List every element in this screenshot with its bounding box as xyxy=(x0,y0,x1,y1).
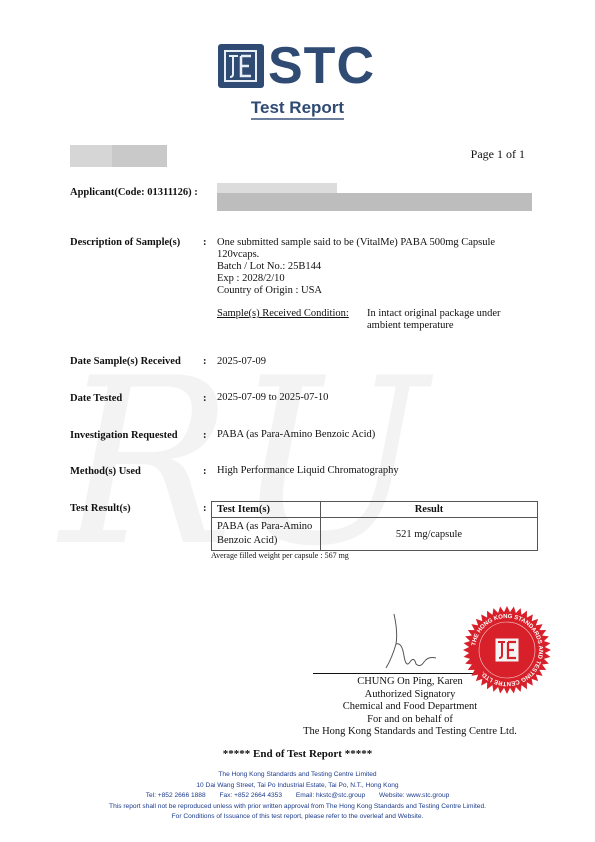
signatory-company: The Hong Kong Standards and Testing Cent… xyxy=(290,726,530,739)
colon: : xyxy=(203,393,207,404)
table-header-row: Test Item(s) Result xyxy=(212,502,538,518)
footer-conditions: For Conditions of Issuance of this test … xyxy=(0,812,595,823)
method-label: Method(s) Used xyxy=(70,466,141,477)
signatory-behalf: For and on behalf of xyxy=(290,714,530,727)
investigation-value: PABA (as Para-Amino Benzoic Acid) xyxy=(217,429,375,441)
footer-contacts: Tel: +852 2666 1888 Fax: +852 2664 4353 … xyxy=(0,791,595,802)
footer-address: 10 Dai Wang Street, Tai Po Industrial Es… xyxy=(0,781,595,792)
date-tested-label: Date Tested xyxy=(70,393,122,404)
footer-email: Email: hkstc@stc.group xyxy=(296,792,365,799)
date-received-label: Date Sample(s) Received xyxy=(70,356,181,367)
redacted-applicant xyxy=(217,183,337,193)
description-value: One submitted sample said to be (VitalMe… xyxy=(217,237,495,297)
description-label: Description of Sample(s) xyxy=(70,237,180,248)
footer-fax: Fax: +852 2664 4353 xyxy=(219,792,282,799)
stc-logo: STC xyxy=(218,44,392,94)
results-table: Test Item(s) Result PABA (as Para-Amino … xyxy=(211,501,538,551)
end-of-report: ***** End of Test Report ***** xyxy=(0,748,595,760)
signature-scribble-icon xyxy=(380,612,440,674)
signatory-department: Chemical and Food Department xyxy=(290,701,530,714)
cell-test-item: PABA (as Para-Amino Benzoic Acid) xyxy=(212,518,321,551)
colon: : xyxy=(203,430,207,441)
stc-logo-mark-icon xyxy=(218,44,264,88)
footer-tel: Tel: +852 2666 1888 xyxy=(146,792,206,799)
colon: : xyxy=(203,466,207,477)
colon: : xyxy=(203,503,207,514)
company-seal-icon: THE HONG KONG STANDARDS AND TESTING CENT… xyxy=(462,605,552,695)
average-weight-note: Average filled weight per capsule : 567 … xyxy=(211,551,349,560)
header-test-item: Test Item(s) xyxy=(212,502,321,518)
header-result: Result xyxy=(321,502,538,518)
colon: : xyxy=(203,356,207,367)
table-row: PABA (as Para-Amino Benzoic Acid) 521 mg… xyxy=(212,518,538,551)
cell-result: 521 mg/capsule xyxy=(321,518,538,551)
page-number: Page 1 of 1 xyxy=(471,147,525,162)
logo-text: STC xyxy=(268,36,375,96)
method-value: High Performance Liquid Chromatography xyxy=(217,465,399,477)
redacted-applicant xyxy=(217,193,532,211)
footer-company: The Hong Kong Standards and Testing Cent… xyxy=(0,770,595,781)
footer-website: Website: www.stc.group xyxy=(379,792,449,799)
colon: : xyxy=(203,237,207,248)
footer: The Hong Kong Standards and Testing Cent… xyxy=(0,770,595,823)
applicant-label: Applicant(Code: 01311126) : xyxy=(70,187,198,198)
date-tested-value: 2025-07-09 to 2025-07-10 xyxy=(217,392,328,404)
investigation-label: Investigation Requested xyxy=(70,430,178,441)
report-title: Test Report xyxy=(0,98,595,118)
date-received-value: 2025-07-09 xyxy=(217,356,266,368)
redacted-report-number xyxy=(112,145,167,167)
footer-disclaimer: This report shall not be reproduced unle… xyxy=(0,802,595,813)
received-condition-label: Sample(s) Received Condition: xyxy=(217,308,349,319)
test-results-label: Test Result(s) xyxy=(70,503,131,514)
received-condition-value: In intact original package under ambient… xyxy=(367,308,527,332)
